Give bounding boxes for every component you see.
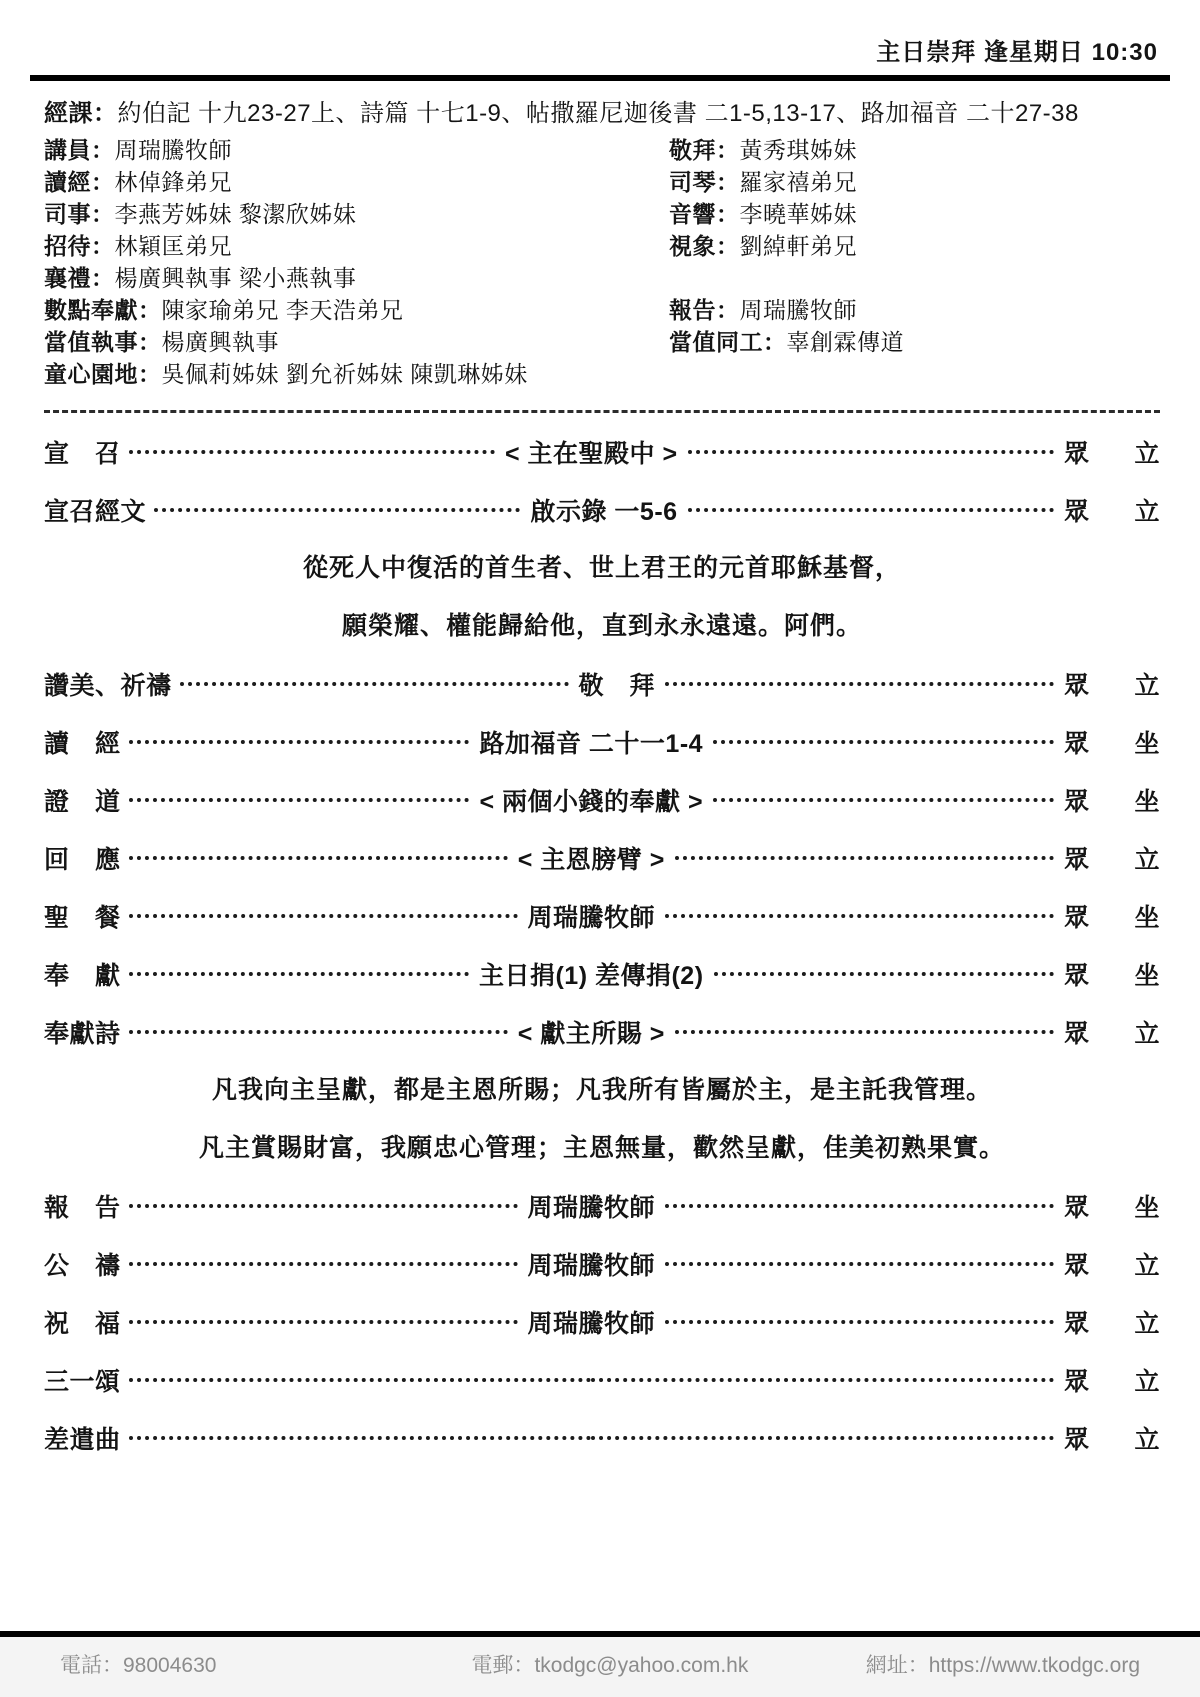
service-item-posture: 眾立 [1064, 492, 1160, 528]
roster-value: 羅家禧弟兄 [739, 169, 857, 195]
service-item-content: < 主恩膀臂 > [518, 840, 665, 876]
roster-value: 楊廣興執事 梁小燕執事 [115, 265, 357, 291]
phone-number: 98004630 [123, 1654, 216, 1677]
congregation-label: 眾 [1064, 840, 1090, 876]
roster-row-empty [669, 358, 1160, 390]
posture-label: 立 [1134, 1246, 1160, 1282]
roster-value: 吳佩莉姊妹 劉允祈姊妹 陳凱琳姊妹 [162, 361, 528, 387]
roster-value: 周瑞騰牧師 [739, 297, 857, 323]
dot-leader [675, 851, 1054, 860]
roster-label: 招待： [44, 233, 115, 259]
service-item-label: 讚美、祈禱 [44, 666, 172, 702]
dot-leader [129, 1373, 592, 1382]
roster-value: 林倬鋒弟兄 [115, 169, 233, 195]
roster-row: 當值執事：楊廣興執事 [44, 326, 669, 358]
posture-label: 立 [1135, 492, 1161, 528]
dot-leader [154, 503, 520, 512]
service-title: 主日崇拜 逢星期日 [876, 39, 1084, 66]
footer-phone: 電話：98004630 [60, 1649, 216, 1679]
roster-left-column: 講員：周瑞騰牧師 讀經：林倬鋒弟兄 司事：李燕芳姊妹 黎潔欣姊妹 招待：林穎匡弟… [44, 134, 669, 390]
order-of-service: 宣 召 < 主在聖殿中 > 眾立 宣召經文 啟示錄 一5-6 眾立 從死人中復活… [44, 423, 1160, 1467]
page-footer: 電話：98004630 電郵：tkodgc@yahoo.com.hk 網址：ht… [0, 1631, 1200, 1697]
dot-leader [665, 1199, 1054, 1208]
service-item-posture: 眾立 [1064, 1246, 1160, 1282]
service-item-label: 讀 經 [44, 724, 121, 760]
footer-email: 電郵：tkodgc@yahoo.com.hk [471, 1649, 748, 1679]
posture-label: 立 [1135, 1014, 1161, 1050]
dot-leader [665, 1257, 1054, 1266]
roster-row-empty [669, 262, 1160, 294]
service-item-posture: 眾坐 [1064, 724, 1160, 760]
dot-leader [129, 851, 508, 860]
dot-leader [714, 967, 1054, 976]
posture-label: 立 [1135, 1362, 1161, 1398]
service-item-label: 公 禱 [44, 1246, 121, 1282]
service-item-posture: 眾坐 [1064, 898, 1160, 934]
service-item-posture: 眾立 [1064, 1362, 1160, 1398]
congregation-label: 眾 [1064, 898, 1090, 934]
service-item-posture: 眾立 [1064, 1014, 1160, 1050]
posture-label: 坐 [1134, 898, 1160, 934]
lectionary-label: 經課： [44, 100, 118, 127]
offering-text-line-2: 凡主賞賜財富，我願忠心管理；主恩無量，歡然呈獻，佳美初熟果實。 [44, 1119, 1160, 1177]
dot-leader [129, 1257, 518, 1266]
dot-leader [665, 1315, 1054, 1324]
congregation-label: 眾 [1064, 434, 1090, 470]
roster-row: 司琴：羅家禧弟兄 [669, 166, 1160, 198]
website-label: 網址： [866, 1654, 929, 1677]
service-item-posture: 眾立 [1064, 1420, 1160, 1456]
roster-row: 招待：林穎匡弟兄 [44, 230, 669, 262]
roster-row: 報告：周瑞騰牧師 [669, 294, 1160, 326]
congregation-label: 眾 [1064, 1246, 1090, 1282]
dot-leader [665, 677, 1054, 686]
roster-label: 講員： [44, 137, 115, 163]
service-item-label: 宣召經文 [44, 492, 146, 528]
service-item-label: 聖 餐 [44, 898, 121, 934]
roster-row: 童心園地：吳佩莉姊妹 劉允祈姊妹 陳凱琳姊妹 [44, 358, 669, 390]
service-item-label: 奉獻詩 [44, 1014, 121, 1050]
phone-label: 電話： [60, 1654, 123, 1677]
lectionary-text: 約伯記 十九23-27上、詩篇 十七1-9、帖撒羅尼迦後書 二1-5,13-17… [118, 100, 1079, 127]
roster-label: 司事： [44, 201, 115, 227]
dot-leader [129, 909, 518, 918]
footer-website: 網址：https://www.tkodgc.org [866, 1649, 1140, 1679]
service-row-communion: 聖 餐 周瑞騰牧師 眾坐 [44, 887, 1160, 945]
congregation-label: 眾 [1064, 666, 1090, 702]
bulletin-page: 主日崇拜 逢星期日 10:30 經課：約伯記 十九23-27上、詩篇 十七1-9… [0, 0, 1200, 1467]
roster-label: 數點奉獻： [44, 297, 162, 323]
lectionary-line: 經課：約伯記 十九23-27上、詩篇 十七1-9、帖撒羅尼迦後書 二1-5,13… [44, 93, 1160, 128]
congregation-label: 眾 [1064, 1304, 1090, 1340]
page-header: 主日崇拜 逢星期日 10:30 [44, 14, 1160, 75]
roster-label: 襄禮： [44, 265, 115, 291]
service-row-call-to-worship: 宣 召 < 主在聖殿中 > 眾立 [44, 423, 1160, 481]
roster-row: 講員：周瑞騰牧師 [44, 134, 669, 166]
roster-value: 楊廣興執事 [162, 329, 280, 355]
dot-leader [591, 1373, 1054, 1382]
service-item-label: 祝 福 [44, 1304, 121, 1340]
roster-row: 數點奉獻：陳家瑜弟兄 李天浩弟兄 [44, 294, 669, 326]
roster-row: 襄禮：楊廣興執事 梁小燕執事 [44, 262, 669, 294]
website-url: https://www.tkodgc.org [929, 1654, 1140, 1677]
service-row-doxology: 三一頌 眾立 [44, 1351, 1160, 1409]
call-scripture-line-1: 從死人中復活的首生者、世上君王的元首耶穌基督， [44, 539, 1160, 597]
congregation-label: 眾 [1064, 1014, 1090, 1050]
service-row-sending-song: 差遣曲 眾立 [44, 1409, 1160, 1467]
dot-leader [129, 1431, 592, 1440]
service-item-posture: 眾坐 [1064, 782, 1160, 818]
service-row-response: 回 應 < 主恩膀臂 > 眾立 [44, 829, 1160, 887]
dot-leader [129, 1199, 518, 1208]
posture-label: 立 [1135, 1420, 1161, 1456]
call-scripture-line-2: 願榮耀、權能歸給他，直到永永遠遠。阿們。 [44, 597, 1160, 655]
offering-text-line-1: 凡我向主呈獻，都是主恩所賜；凡我所有皆屬於主，是主託我管理。 [44, 1061, 1160, 1119]
dot-leader [675, 1025, 1054, 1034]
posture-label: 立 [1134, 1304, 1160, 1340]
service-row-offering: 奉 獻 主日捐(1) 差傳捐(2) 眾坐 [44, 945, 1160, 1003]
dot-leader [665, 909, 1054, 918]
service-row-benediction: 祝 福 周瑞騰牧師 眾立 [44, 1293, 1160, 1351]
service-item-posture: 眾立 [1064, 434, 1160, 470]
posture-label: 坐 [1135, 956, 1161, 992]
roster-value: 辜創霖傳道 [786, 329, 904, 355]
roster-row: 敬拜：黃秀琪姊妹 [669, 134, 1160, 166]
dot-leader [129, 793, 470, 802]
service-item-label: 奉 獻 [44, 956, 121, 992]
service-item-posture: 眾立 [1064, 1304, 1160, 1340]
service-item-content: 啟示錄 一5-6 [530, 492, 677, 528]
service-item-label: 宣 召 [44, 434, 121, 470]
roster-label: 當值執事： [44, 329, 162, 355]
roster-label: 報告： [669, 297, 740, 323]
service-item-content: 路加福音 二十一1-4 [479, 724, 703, 760]
roster-row: 當值同工：辜創霖傳道 [669, 326, 1160, 358]
service-item-content: < 兩個小錢的奉獻 > [479, 782, 703, 818]
dot-leader [688, 503, 1054, 512]
service-item-label: 報 告 [44, 1188, 121, 1224]
roster-value: 林穎匡弟兄 [115, 233, 233, 259]
roster-section: 講員：周瑞騰牧師 讀經：林倬鋒弟兄 司事：李燕芳姊妹 黎潔欣姊妹 招待：林穎匡弟… [44, 134, 1160, 390]
posture-label: 坐 [1134, 1188, 1160, 1224]
service-item-content: 周瑞騰牧師 [528, 1188, 656, 1224]
service-item-posture: 眾坐 [1064, 956, 1160, 992]
roster-label: 音響： [669, 201, 740, 227]
roster-label: 童心園地： [44, 361, 162, 387]
roster-label: 敬拜： [669, 137, 740, 163]
roster-value: 李燕芳姊妹 黎潔欣姊妹 [115, 201, 357, 227]
roster-label: 讀經： [44, 169, 115, 195]
roster-row: 司事：李燕芳姊妹 黎潔欣姊妹 [44, 198, 669, 230]
dashed-divider [44, 410, 1160, 413]
service-row-scripture-reading: 讀 經 路加福音 二十一1-4 眾坐 [44, 713, 1160, 771]
service-item-label: 證 道 [44, 782, 121, 818]
dot-leader [688, 445, 1054, 454]
service-item-content: 周瑞騰牧師 [528, 898, 656, 934]
congregation-label: 眾 [1064, 1420, 1090, 1456]
header-rule [30, 75, 1170, 81]
dot-leader [713, 735, 1054, 744]
roster-row: 音響：李曉華姊妹 [669, 198, 1160, 230]
posture-label: 立 [1135, 840, 1161, 876]
posture-label: 坐 [1135, 724, 1161, 760]
roster-value: 黃秀琪姊妹 [739, 137, 857, 163]
posture-label: 坐 [1135, 782, 1161, 818]
congregation-label: 眾 [1064, 1362, 1090, 1398]
dot-leader [591, 1431, 1054, 1440]
dot-leader [180, 677, 569, 686]
roster-value: 陳家瑜弟兄 李天浩弟兄 [162, 297, 404, 323]
roster-label: 司琴： [669, 169, 740, 195]
congregation-label: 眾 [1064, 782, 1090, 818]
email-label: 電郵： [471, 1654, 534, 1677]
dot-leader [129, 445, 495, 454]
roster-label: 視象： [669, 233, 740, 259]
service-item-label: 回 應 [44, 840, 121, 876]
service-item-posture: 眾立 [1064, 840, 1160, 876]
dot-leader [713, 793, 1054, 802]
dot-leader [129, 967, 469, 976]
service-item-content: < 獻主所賜 > [518, 1014, 665, 1050]
roster-right-column: 敬拜：黃秀琪姊妹 司琴：羅家禧弟兄 音響：李曉華姊妹 視象：劉綽軒弟兄 報告：周… [669, 134, 1160, 390]
congregation-label: 眾 [1064, 956, 1090, 992]
service-row-call-scripture: 宣召經文 啟示錄 一5-6 眾立 [44, 481, 1160, 539]
service-item-label: 三一頌 [44, 1362, 121, 1398]
service-row-praise-prayer: 讚美、祈禱 敬 拜 眾立 [44, 655, 1160, 713]
service-row-public-prayer: 公 禱 周瑞騰牧師 眾立 [44, 1235, 1160, 1293]
email-address: tkodgc@yahoo.com.hk [534, 1654, 748, 1677]
roster-value: 周瑞騰牧師 [115, 137, 233, 163]
service-item-content: 周瑞騰牧師 [528, 1304, 656, 1340]
service-time: 10:30 [1092, 39, 1158, 66]
service-row-offering-hymn: 奉獻詩 < 獻主所賜 > 眾立 [44, 1003, 1160, 1061]
service-item-content: 敬 拜 [579, 666, 656, 702]
dot-leader [129, 1025, 508, 1034]
service-item-label: 差遣曲 [44, 1420, 121, 1456]
service-item-posture: 眾坐 [1064, 1188, 1160, 1224]
service-item-content: 周瑞騰牧師 [528, 1246, 656, 1282]
service-item-posture: 眾立 [1064, 666, 1160, 702]
service-row-sermon: 證 道 < 兩個小錢的奉獻 > 眾坐 [44, 771, 1160, 829]
congregation-label: 眾 [1064, 1188, 1090, 1224]
dot-leader [129, 1315, 518, 1324]
service-row-announcements: 報 告 周瑞騰牧師 眾坐 [44, 1177, 1160, 1235]
roster-value: 李曉華姊妹 [739, 201, 857, 227]
service-item-content: < 主在聖殿中 > [505, 434, 678, 470]
posture-label: 立 [1135, 434, 1161, 470]
service-item-content: 主日捐(1) 差傳捐(2) [479, 956, 704, 992]
dot-leader [129, 735, 470, 744]
congregation-label: 眾 [1064, 724, 1090, 760]
roster-row: 讀經：林倬鋒弟兄 [44, 166, 669, 198]
roster-value: 劉綽軒弟兄 [739, 233, 857, 259]
posture-label: 立 [1134, 666, 1160, 702]
roster-row: 視象：劉綽軒弟兄 [669, 230, 1160, 262]
congregation-label: 眾 [1064, 492, 1090, 528]
roster-label: 當值同工： [669, 329, 787, 355]
